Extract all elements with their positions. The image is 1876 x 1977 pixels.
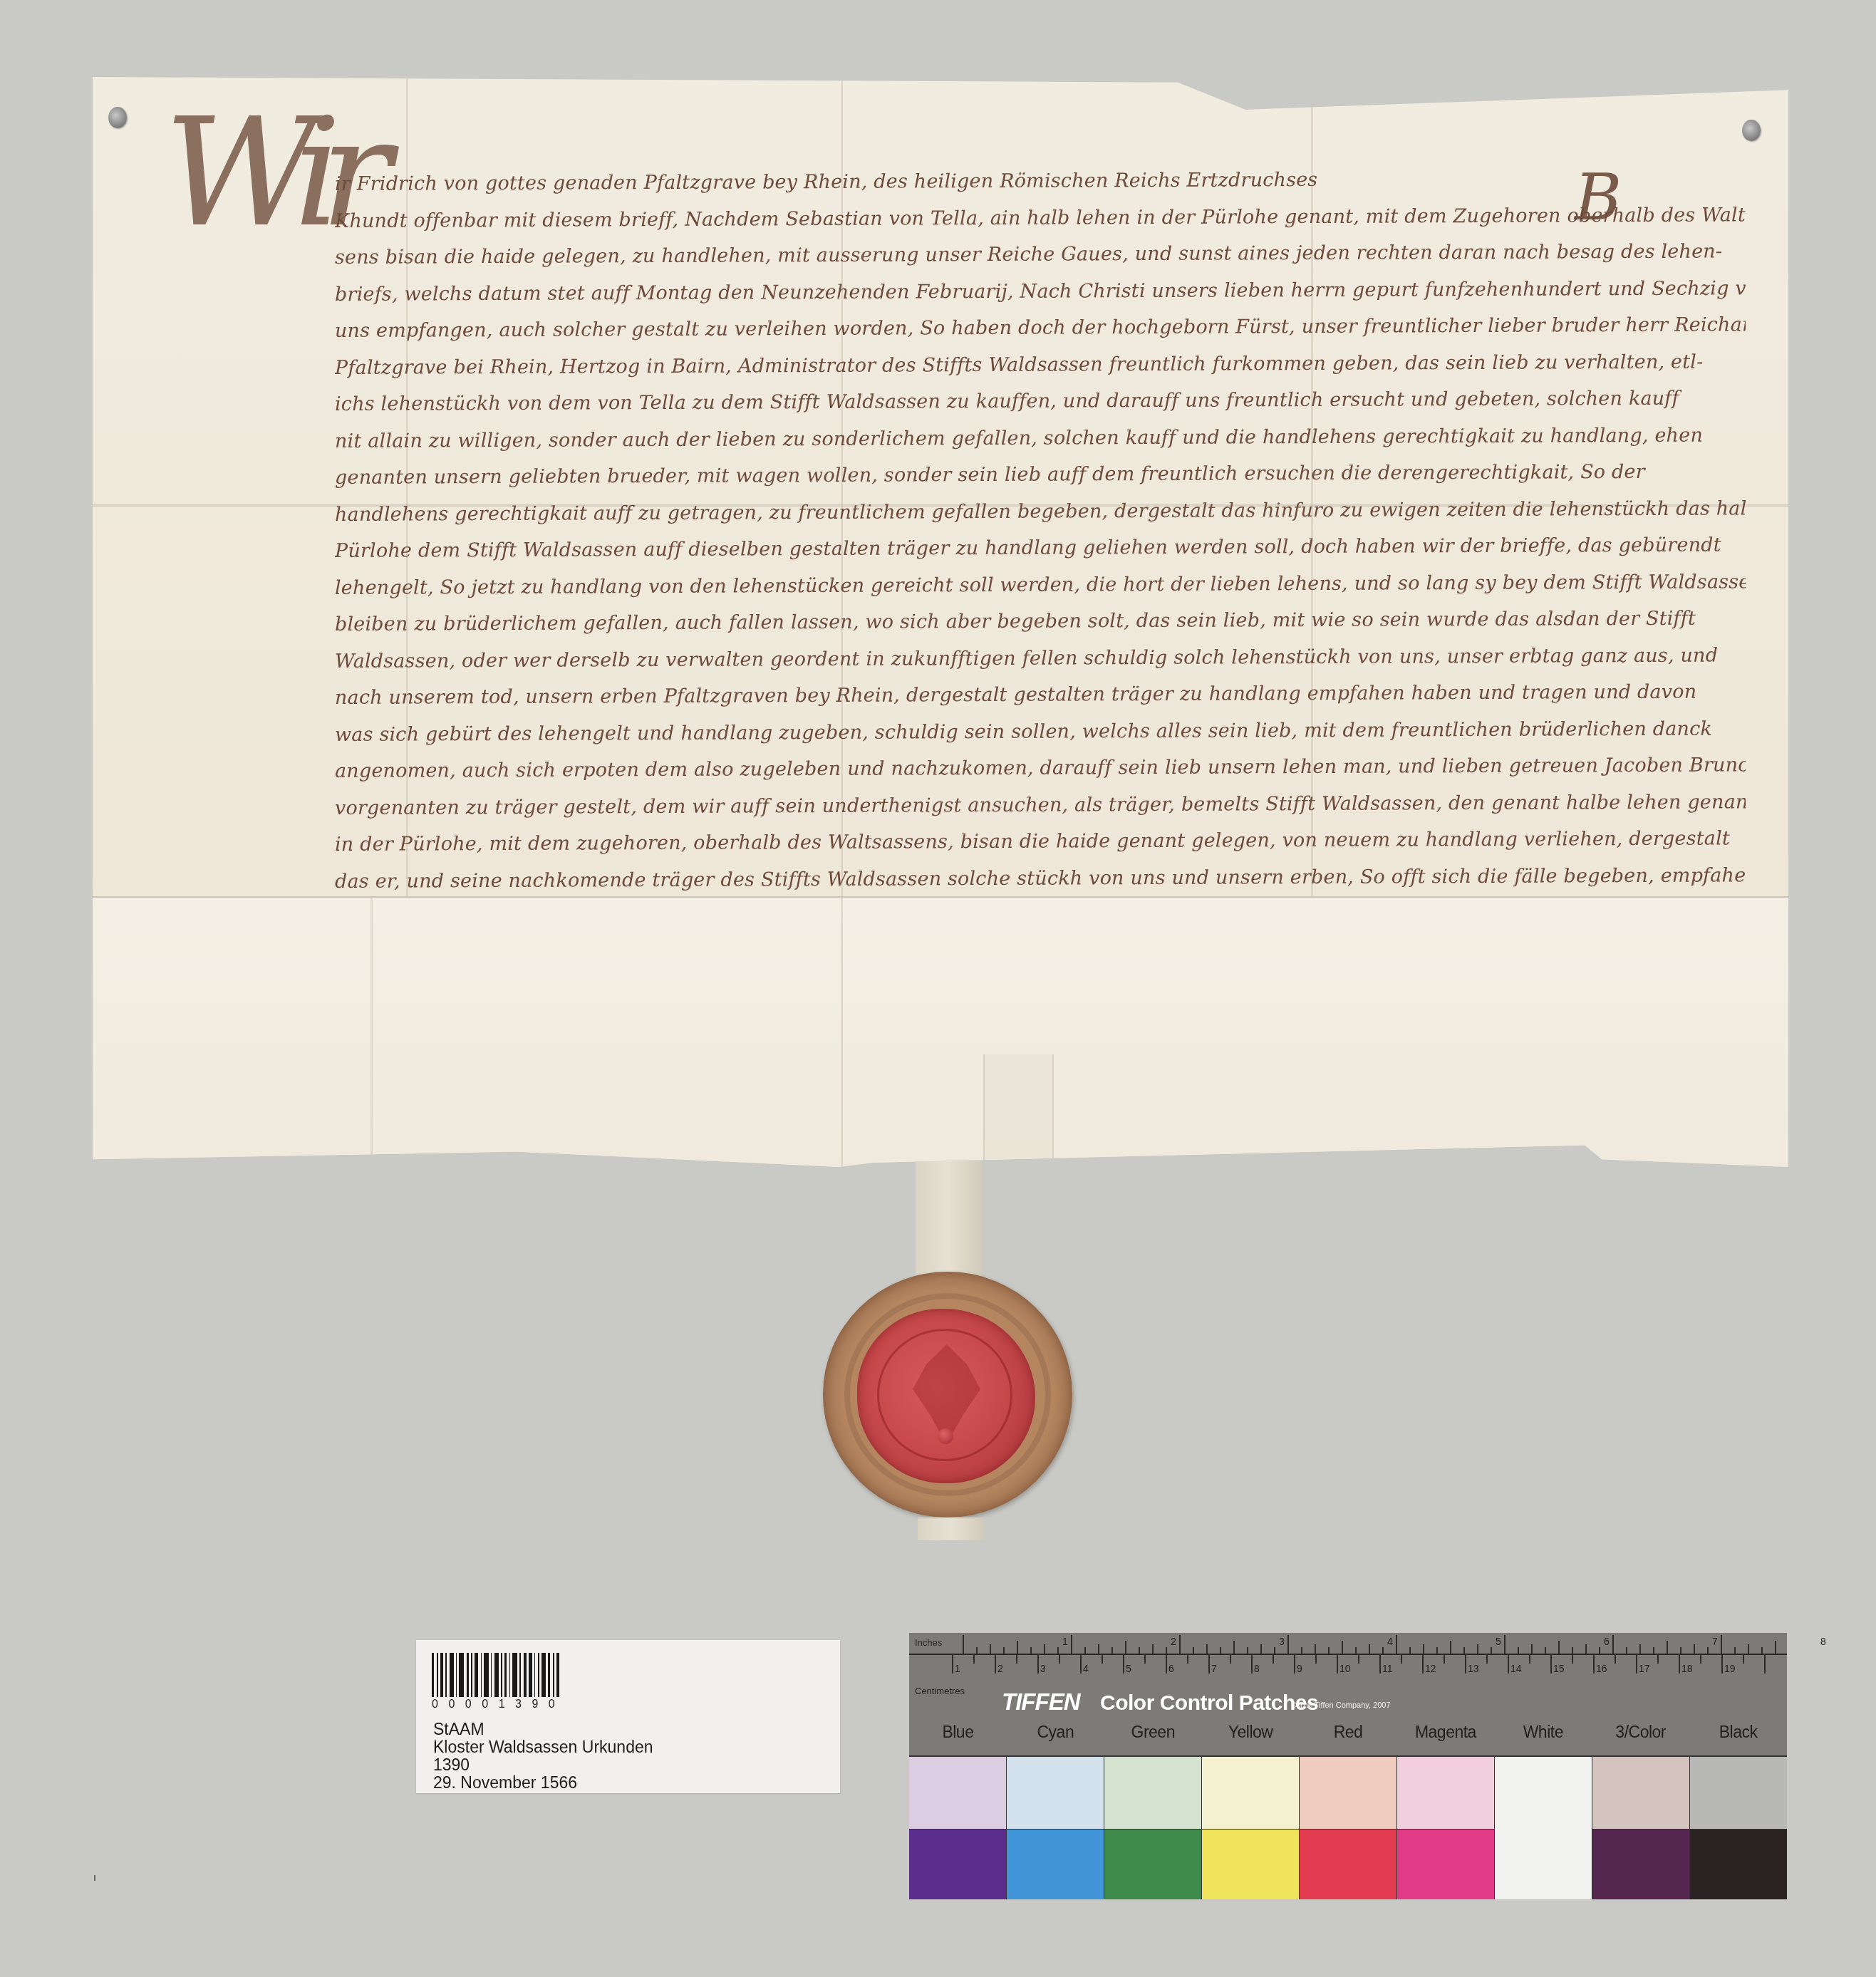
- inch-tick: [1206, 1644, 1208, 1654]
- cm-tick: [1636, 1655, 1637, 1674]
- cm-tick: [1486, 1655, 1488, 1664]
- chart-title: Color Control Patches: [1100, 1691, 1318, 1716]
- inch-tick: [1301, 1647, 1302, 1654]
- mounting-pin-icon: [1742, 120, 1761, 141]
- cm-tick: [1593, 1655, 1595, 1674]
- cm-tick-label: 8: [1254, 1663, 1260, 1674]
- inch-tick: [1274, 1647, 1275, 1654]
- patch-label-black: Black: [1689, 1723, 1787, 1742]
- cm-tick: [1294, 1655, 1295, 1674]
- charter-line: nach unserem tod, unsern erben Pfaltzgra…: [335, 673, 1746, 716]
- color-patch-red: [1300, 1757, 1397, 1899]
- barcode-digit: 1: [499, 1698, 505, 1711]
- barcode-bar: [548, 1653, 550, 1697]
- inches-label: Inches: [915, 1637, 942, 1648]
- light-swatch: [1007, 1757, 1104, 1830]
- inch-tick: [1342, 1641, 1343, 1654]
- cm-tick: [1037, 1655, 1039, 1674]
- cm-tick: [1315, 1655, 1317, 1664]
- cm-tick: [1379, 1655, 1381, 1674]
- barcode-bar: [529, 1653, 532, 1697]
- cm-tick-label: 14: [1510, 1663, 1522, 1674]
- barcode-bar: [445, 1653, 447, 1697]
- inch-tick-label: 5: [1496, 1636, 1501, 1647]
- patch-label-blue: Blue: [909, 1723, 1007, 1742]
- inch-tick: [1626, 1647, 1627, 1654]
- charter-line: ichs lehenstückh von dem von Tella zu de…: [335, 380, 1746, 422]
- seal-capsule: [823, 1272, 1072, 1517]
- patch-label-white: White: [1494, 1723, 1592, 1742]
- cm-tick-label: 17: [1639, 1663, 1650, 1674]
- barcode-bar: [494, 1653, 499, 1697]
- light-swatch: [1202, 1757, 1299, 1830]
- inch-tick: [1220, 1647, 1221, 1654]
- dark-swatch: [1690, 1829, 1787, 1899]
- plica-fold-line: [841, 898, 843, 1167]
- charter-line: bleiben zu brüderlichem gefallen, auch f…: [335, 600, 1746, 643]
- color-patch-blue: [909, 1757, 1007, 1899]
- barcode-bar: [475, 1653, 478, 1697]
- cm-tick: [1529, 1655, 1530, 1664]
- barcode-digit: 0: [448, 1698, 455, 1711]
- cm-tick: [952, 1655, 953, 1674]
- barcode-bar: [512, 1653, 517, 1697]
- dust-speck: [94, 1875, 95, 1881]
- cm-tick: [1102, 1655, 1103, 1664]
- seal-strap-end: [918, 1517, 985, 1540]
- inch-tick: [963, 1635, 964, 1654]
- charter-line: handlehens gerechtigkait auff zu getrage…: [335, 490, 1746, 533]
- inch-tick: [1545, 1647, 1546, 1654]
- cm-tick: [1273, 1655, 1274, 1664]
- cm-tick: [1550, 1655, 1552, 1674]
- cm-tick-label: 16: [1596, 1663, 1607, 1674]
- barcode-bar: [432, 1653, 434, 1697]
- barcode-bar: [437, 1653, 438, 1697]
- cm-tick: [1144, 1655, 1146, 1664]
- seal-bead: [938, 1428, 953, 1444]
- barcode-bar: [501, 1653, 502, 1697]
- color-patch-white: [1495, 1757, 1592, 1899]
- barcode-digit: 0: [549, 1698, 555, 1711]
- inch-tick: [1111, 1647, 1113, 1654]
- inch-tick: [976, 1647, 978, 1654]
- barcode-bar: [459, 1653, 464, 1697]
- charter-line: sens bisan die haide gelegen, zu handleh…: [335, 233, 1746, 276]
- cm-tick: [1679, 1655, 1680, 1674]
- barcode-digit: 9: [532, 1698, 538, 1711]
- wax-seal: [857, 1309, 1035, 1483]
- inch-tick: [1396, 1635, 1397, 1654]
- inch-tick-label: 8: [1820, 1636, 1826, 1647]
- barcode-bar: [481, 1653, 482, 1697]
- barcode-bar: [471, 1653, 472, 1697]
- inch-tick: [1639, 1644, 1641, 1654]
- inch-tick: [1369, 1644, 1370, 1654]
- inch-tick: [1585, 1644, 1587, 1654]
- dark-swatch: [1104, 1829, 1201, 1899]
- inch-tick: [1409, 1647, 1411, 1654]
- inch-tick: [1260, 1644, 1262, 1654]
- cm-tick-label: 9: [1297, 1663, 1302, 1674]
- cm-tick: [1016, 1655, 1017, 1664]
- cm-tick: [1572, 1655, 1573, 1664]
- inch-tick: [1721, 1635, 1722, 1654]
- cm-tick: [1187, 1655, 1188, 1664]
- dark-swatch: [1592, 1829, 1689, 1899]
- cm-tick-label: 6: [1168, 1663, 1174, 1674]
- inch-tick: [1436, 1647, 1438, 1654]
- cm-tick: [1059, 1655, 1060, 1664]
- cm-tick-label: 10: [1339, 1663, 1351, 1674]
- cm-tick-label: 19: [1724, 1663, 1736, 1674]
- charter-line: genanten unsern geliebten brueder, mit w…: [335, 453, 1746, 496]
- inch-tick: [1139, 1647, 1140, 1654]
- light-swatch: [1397, 1757, 1494, 1830]
- barcode-digit: 0: [465, 1698, 472, 1711]
- cm-tick: [1166, 1655, 1167, 1674]
- cm-tick: [1657, 1655, 1659, 1664]
- inch-tick: [1193, 1647, 1194, 1654]
- cm-tick: [995, 1655, 996, 1674]
- patch-label-yellow: Yellow: [1202, 1723, 1300, 1742]
- inch-tick: [1084, 1647, 1086, 1654]
- cm-tick: [973, 1655, 975, 1664]
- inch-tick: [1179, 1635, 1181, 1654]
- inch-tick: [1612, 1635, 1614, 1654]
- inch-tick: [1477, 1644, 1478, 1654]
- charter-line: Pürlohe dem Stifft Waldsassen auff diese…: [335, 526, 1746, 569]
- inch-tick: [1030, 1647, 1032, 1654]
- charter-line: was sich gebürt des lehengelt und handla…: [335, 710, 1746, 753]
- archive-label: 00001390 StAAM Kloster Waldsassen Urkund…: [416, 1640, 840, 1793]
- cm-tick: [1080, 1655, 1082, 1674]
- cm-tick-label: 18: [1681, 1663, 1693, 1674]
- cm-tick-label: 4: [1083, 1663, 1089, 1674]
- light-swatch: [1592, 1757, 1689, 1830]
- dark-swatch: [909, 1829, 1006, 1899]
- charter-line: in der Pürlohe, mit dem zugehoren, oberh…: [335, 820, 1746, 863]
- inch-tick: [990, 1644, 991, 1654]
- inch-tick: [1653, 1647, 1654, 1654]
- barcode-bar: [484, 1653, 489, 1697]
- color-patch-green: [1104, 1757, 1202, 1899]
- color-patch-yellow: [1202, 1757, 1300, 1899]
- cm-tick: [1508, 1655, 1509, 1674]
- inch-tick: [1098, 1644, 1099, 1654]
- inch-tick: [1667, 1641, 1668, 1654]
- cm-tick: [1444, 1655, 1445, 1664]
- color-patch-magenta: [1397, 1757, 1495, 1899]
- cm-tick-label: 11: [1382, 1663, 1393, 1674]
- cm-tick: [1401, 1655, 1402, 1664]
- charter-line: Pfaltzgrave bei Rhein, Hertzog in Bairn,…: [335, 343, 1746, 386]
- document-date: 29. November 1566: [433, 1774, 653, 1792]
- inch-tick: [1423, 1644, 1424, 1654]
- color-patches: [909, 1755, 1787, 1899]
- inch-tick: [1748, 1644, 1749, 1654]
- inch-tick: [1355, 1647, 1357, 1654]
- charter-parchment: Wir B ir Fridrich von gottes genaden Pfa…: [93, 77, 1788, 1167]
- barcode-digit: 3: [515, 1698, 522, 1711]
- strap-slot: [983, 1054, 1054, 1167]
- inch-tick-label: 7: [1712, 1636, 1718, 1647]
- cm-tick-label: 2: [997, 1663, 1003, 1674]
- tiffen-logo: TIFFEN: [1002, 1688, 1079, 1716]
- color-patch-3-color: [1592, 1757, 1690, 1899]
- inch-tick: [1463, 1647, 1465, 1654]
- ruler: Inches 123456781234567891011121314151617…: [909, 1633, 1787, 1676]
- inch-tick: [1734, 1647, 1736, 1654]
- inch-tick: [1518, 1647, 1519, 1654]
- inch-tick: [1017, 1641, 1018, 1654]
- cm-tick-label: 15: [1553, 1663, 1565, 1674]
- charter-line: vorgenanten zu träger gestelt, dem wir a…: [335, 784, 1746, 826]
- dark-swatch: [1397, 1829, 1494, 1899]
- light-swatch: [1104, 1757, 1201, 1830]
- cm-tick: [1358, 1655, 1359, 1664]
- barcode-bar: [534, 1653, 535, 1697]
- inch-tick: [1233, 1641, 1235, 1654]
- cm-tick: [1208, 1655, 1210, 1674]
- inch-tick: [1044, 1644, 1045, 1654]
- cm-tick: [1123, 1655, 1124, 1674]
- barcode-bar: [519, 1653, 521, 1697]
- inch-tick: [1152, 1644, 1154, 1654]
- collection-name: Kloster Waldsassen Urkunden: [433, 1738, 653, 1756]
- cm-tick: [1251, 1655, 1253, 1674]
- charter-line: Khundt offenbar mit diesem brieff, Nachd…: [335, 197, 1746, 239]
- cm-tick: [1700, 1655, 1701, 1664]
- inch-tick: [1382, 1647, 1384, 1654]
- cm-tick: [1743, 1655, 1744, 1664]
- color-patch-black: [1690, 1757, 1787, 1899]
- mounting-pin-icon: [108, 107, 127, 128]
- inch-tick-label: 6: [1604, 1636, 1610, 1647]
- dark-swatch: [1007, 1829, 1104, 1899]
- inch-tick: [1504, 1635, 1506, 1654]
- cm-tick: [1422, 1655, 1424, 1674]
- inch-tick: [1125, 1641, 1126, 1654]
- charter-line: lehengelt, So jetzt zu handlang von den …: [335, 564, 1746, 606]
- charter-line: nit allain zu willigen, sonder auch der …: [335, 417, 1746, 460]
- inch-tick-label: 1: [1062, 1636, 1068, 1647]
- barcode: [432, 1653, 561, 1697]
- barcode-digit: 0: [432, 1698, 438, 1711]
- cm-tick: [1615, 1655, 1616, 1664]
- barcode-digits: 00001390: [432, 1698, 555, 1711]
- charter-line: uns empfangen, auch solcher gestalt zu v…: [335, 306, 1746, 349]
- archive-name: StAAM: [433, 1721, 653, 1738]
- charter-line: briefs, welchs datum stet auff Montag de…: [335, 270, 1746, 313]
- barcode-bar: [491, 1653, 492, 1697]
- inch-tick: [1572, 1647, 1573, 1654]
- barcode-digit: 0: [482, 1698, 488, 1711]
- inch-tick: [1003, 1647, 1005, 1654]
- cm-tick: [1764, 1655, 1766, 1674]
- charter-line: angenomen, auch sich erpoten dem also zu…: [335, 747, 1746, 789]
- centimetres-label: Centimetres: [915, 1686, 965, 1696]
- plica-fold-line: [370, 898, 373, 1167]
- cm-tick-label: 5: [1126, 1663, 1131, 1674]
- inch-tick: [1166, 1647, 1167, 1654]
- barcode-bar: [509, 1653, 510, 1697]
- inch-tick: [1057, 1647, 1059, 1654]
- charter-line: Waldsassen, oder wer derselb zu verwalte…: [335, 637, 1746, 680]
- patch-labels: BlueCyanGreenYellowRedMagentaWhite3/Colo…: [909, 1723, 1787, 1742]
- inch-tick-label: 4: [1387, 1636, 1393, 1647]
- barcode-bar: [556, 1653, 559, 1697]
- inch-tick: [1694, 1644, 1695, 1654]
- ruler-divider: [909, 1654, 1787, 1655]
- light-swatch: [909, 1757, 1006, 1830]
- inch-tick: [1599, 1647, 1600, 1654]
- barcode-bar: [541, 1653, 546, 1697]
- inch-tick: [1287, 1635, 1289, 1654]
- barcode-bar: [524, 1653, 527, 1697]
- cm-tick: [1230, 1655, 1231, 1664]
- inch-tick: [1071, 1635, 1072, 1654]
- light-swatch: [1300, 1757, 1396, 1830]
- cm-tick-label: 3: [1040, 1663, 1046, 1674]
- dark-swatch: [1202, 1829, 1299, 1899]
- inch-tick: [1680, 1647, 1681, 1654]
- cm-tick: [1465, 1655, 1466, 1674]
- inch-tick: [1761, 1647, 1763, 1654]
- inch-tick: [1531, 1644, 1533, 1654]
- barcode-bar: [440, 1653, 443, 1697]
- inch-tick-label: 3: [1279, 1636, 1285, 1647]
- barcode-bar: [456, 1653, 457, 1697]
- cm-tick-label: 12: [1425, 1663, 1436, 1674]
- barcode-bar: [450, 1653, 454, 1697]
- dark-swatch: [1495, 1830, 1592, 1899]
- label-text: StAAM Kloster Waldsassen Urkunden 1390 2…: [433, 1721, 653, 1792]
- cm-tick-label: 7: [1211, 1663, 1217, 1674]
- barcode-bar: [467, 1653, 469, 1697]
- inch-tick: [1707, 1647, 1709, 1654]
- inch-tick-label: 2: [1171, 1636, 1176, 1647]
- patch-label-cyan: Cyan: [1007, 1723, 1104, 1742]
- patch-label-red: Red: [1300, 1723, 1397, 1742]
- inch-tick: [1775, 1641, 1776, 1654]
- barcode-bar: [504, 1653, 507, 1697]
- cm-tick: [1721, 1655, 1723, 1674]
- chart-copyright: © The Tiffen Company, 2007: [1291, 1701, 1391, 1710]
- cm-tick-label: 1: [955, 1663, 960, 1674]
- charter-line: das er, und seine nachkomende träger des…: [335, 857, 1746, 900]
- barcode-bar: [538, 1653, 539, 1697]
- barcode-bar: [553, 1653, 554, 1697]
- dark-swatch: [1300, 1829, 1396, 1899]
- document-number: 1390: [433, 1756, 653, 1774]
- patch-label-3-color: 3/Color: [1592, 1723, 1689, 1742]
- color-patch-cyan: [1007, 1757, 1104, 1899]
- inch-tick: [1247, 1647, 1248, 1654]
- charter-line: ir Fridrich von gottes genaden Pfaltzgra…: [335, 162, 1318, 203]
- light-swatch: [1690, 1757, 1787, 1830]
- cm-tick-label: 13: [1468, 1663, 1479, 1674]
- plica-fold: [93, 896, 1788, 1167]
- light-swatch: [1495, 1757, 1592, 1830]
- inch-tick: [1450, 1641, 1451, 1654]
- patch-label-green: Green: [1104, 1723, 1202, 1742]
- inch-tick: [1315, 1644, 1316, 1654]
- inch-tick: [1328, 1647, 1330, 1654]
- cm-tick: [1337, 1655, 1338, 1674]
- inch-tick: [1558, 1641, 1560, 1654]
- inch-tick: [1491, 1647, 1492, 1654]
- color-control-chart: Inches 123456781234567891011121314151617…: [909, 1633, 1787, 1898]
- patch-label-magenta: Magenta: [1396, 1723, 1494, 1742]
